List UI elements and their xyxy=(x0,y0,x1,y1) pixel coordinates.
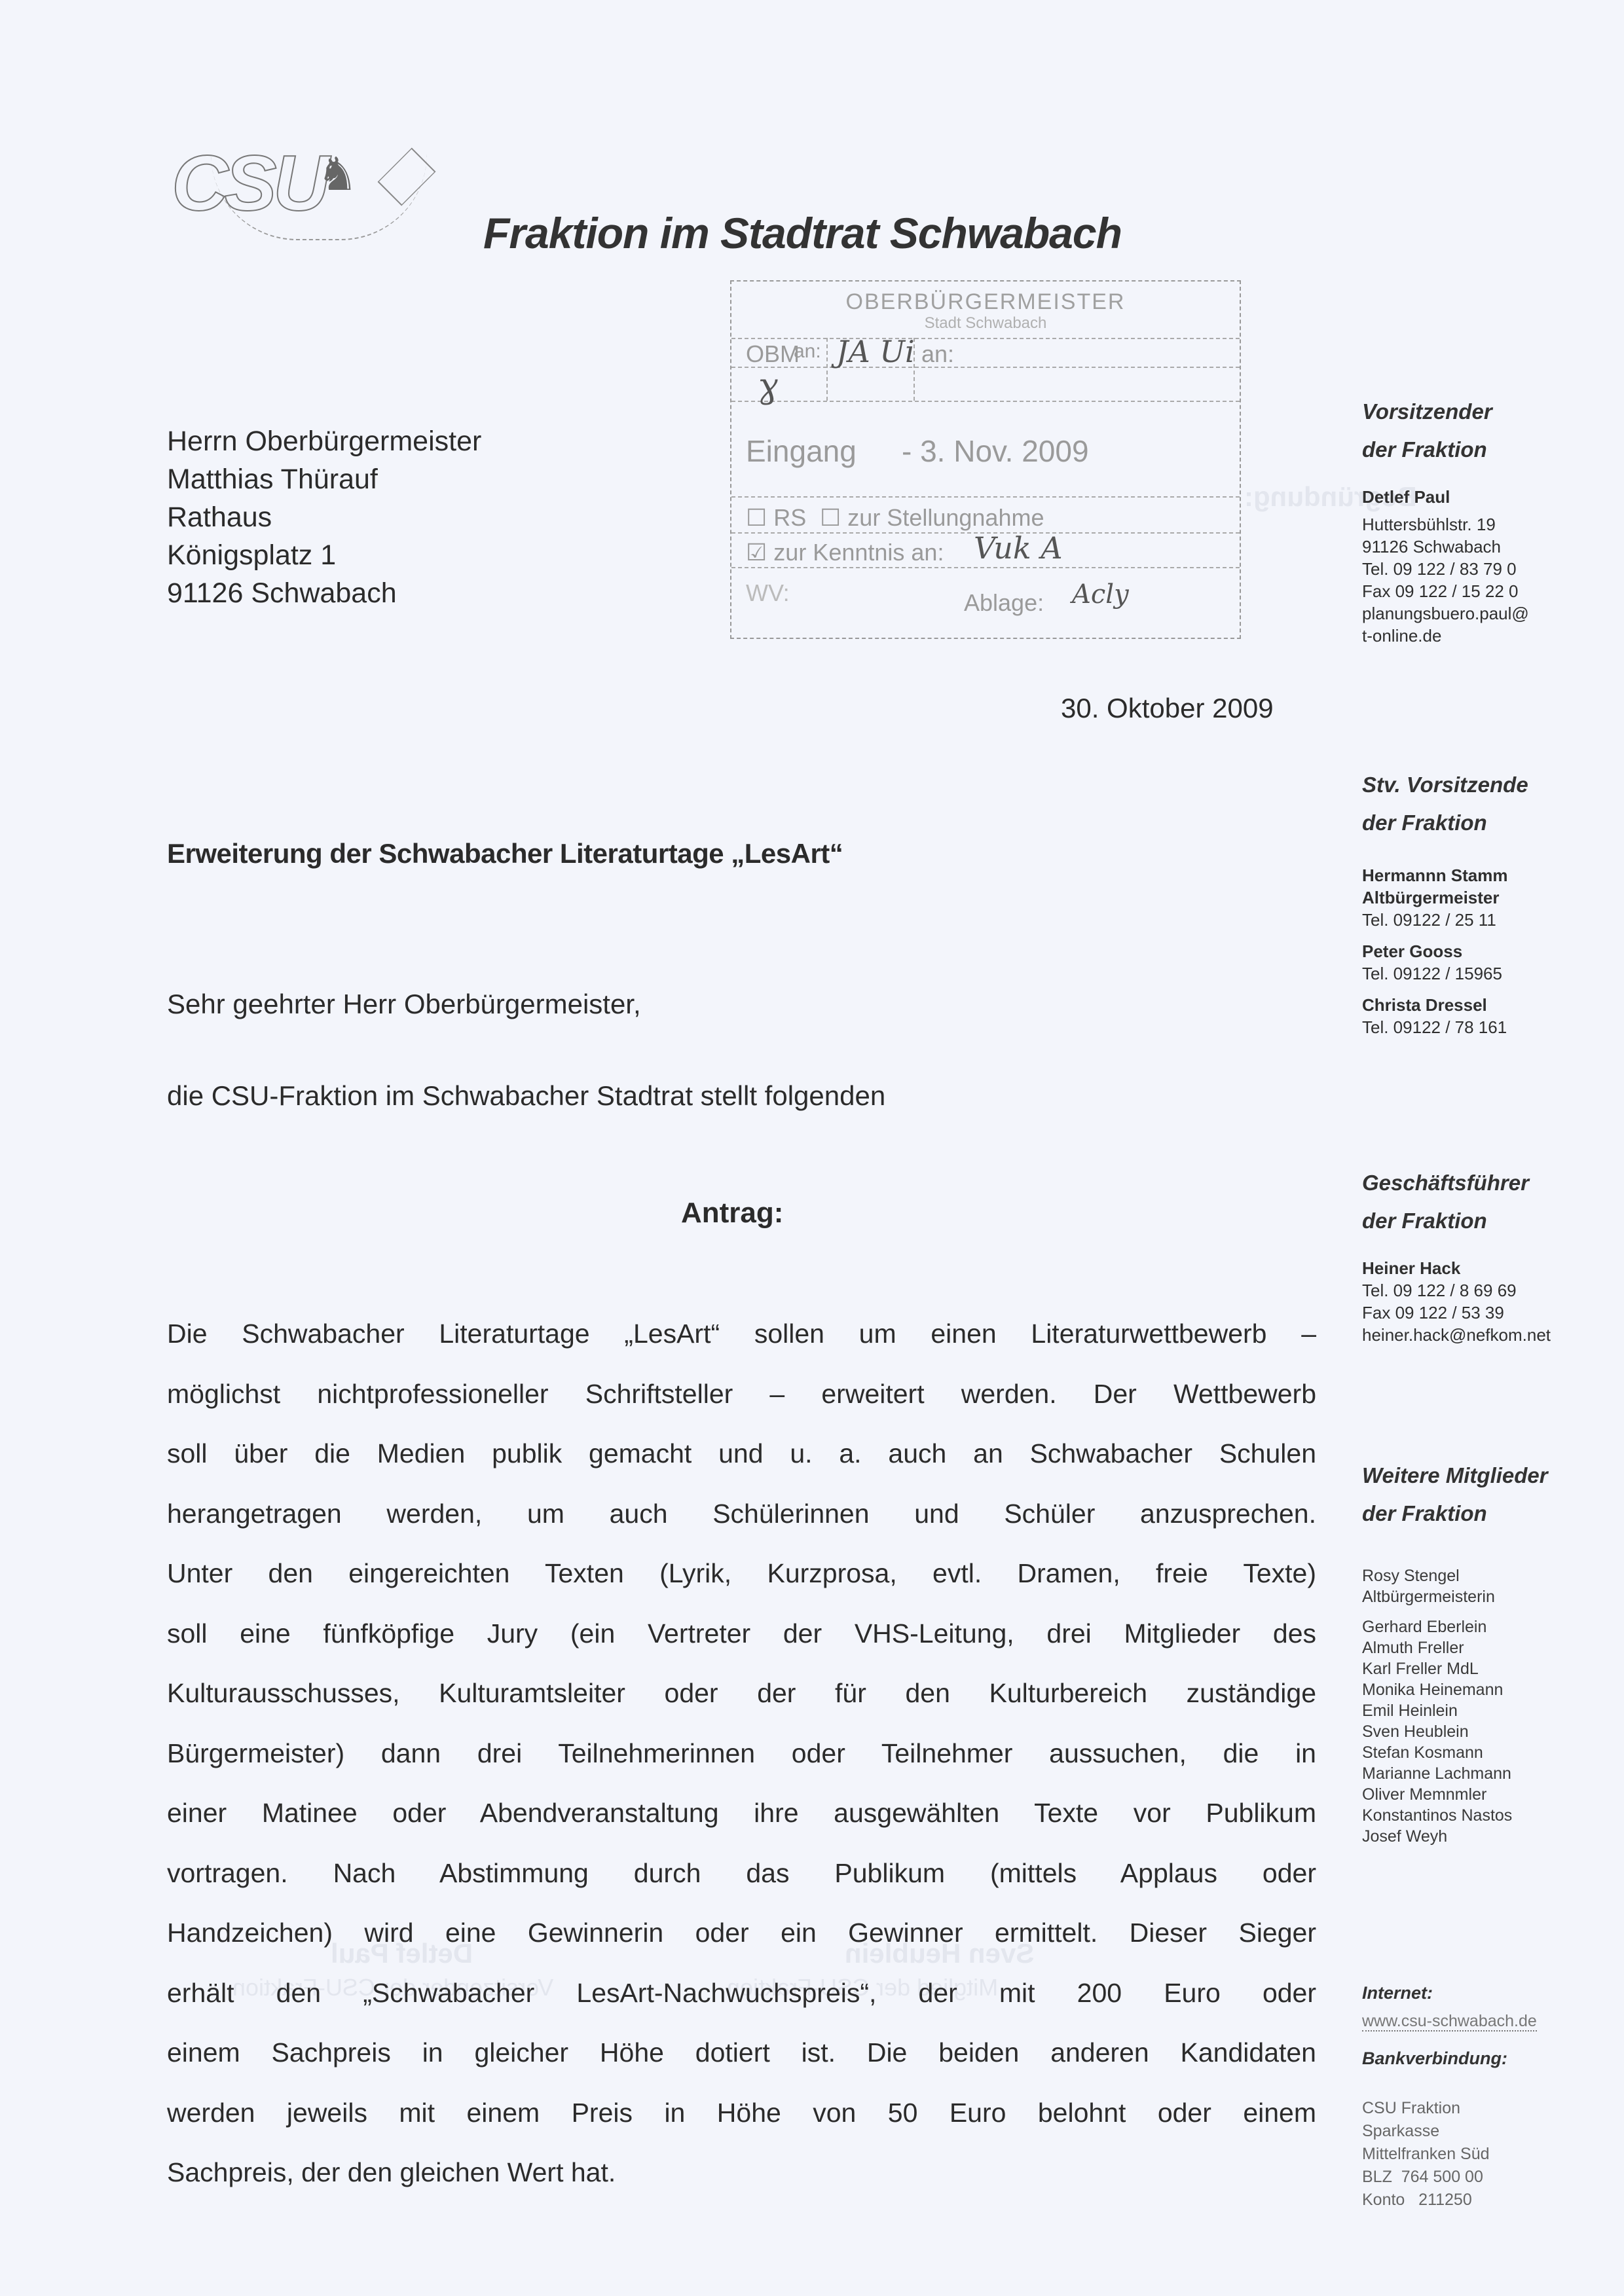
chair-detail: Fax 09 122 / 15 22 0 xyxy=(1362,580,1529,602)
sidebar-bank: Bankverbindung: CSU Fraktion Sparkasse M… xyxy=(1362,2039,1507,2212)
body-line: Handzeichen) wird eine Gewinnerin oder e… xyxy=(167,1903,1316,1963)
member-name: Monika Heinemann xyxy=(1362,1679,1548,1700)
body-line: einer Matinee oder Abendveranstaltung ih… xyxy=(167,1783,1316,1844)
deputy-name: Christa Dressel xyxy=(1362,994,1528,1016)
stamp-city: Stadt Schwabach xyxy=(731,314,1240,333)
member-name: Rosy Stengel xyxy=(1362,1565,1548,1586)
sidebar-heading: Stv. Vorsitzende xyxy=(1362,766,1528,804)
deputy-title: Altbürgermeister xyxy=(1362,886,1528,909)
sidebar-heading: der Fraktion xyxy=(1362,1202,1551,1240)
member-name: Emil Heinlein xyxy=(1362,1700,1548,1721)
body-line: möglichst nichtprofessioneller Schriftst… xyxy=(167,1364,1316,1425)
body-line: Sachpreis, der den gleichen Wert hat. xyxy=(167,2143,1316,2203)
member-name: Oliver Memnmler xyxy=(1362,1784,1548,1805)
sidebar-heading: Vorsitzender xyxy=(1362,393,1529,431)
website-link[interactable]: www.csu-schwabach.de xyxy=(1362,2012,1537,2032)
sidebar-deputies: Stv. Vorsitzende der Fraktion Hermannn S… xyxy=(1362,766,1528,1038)
deputy-tel: Tel. 09122 / 78 161 xyxy=(1362,1016,1528,1038)
sidebar-chair: Vorsitzender der Fraktion Detlef Paul Hu… xyxy=(1362,393,1529,647)
deputy-tel: Tel. 09122 / 25 11 xyxy=(1362,909,1528,931)
subject-line: Erweiterung der Schwabacher Literaturtag… xyxy=(167,838,843,869)
body-line: soll eine fünfköpfige Jury (ein Vertrete… xyxy=(167,1604,1316,1664)
stamp-kenntnis-option: ☑ zur Kenntnis an: xyxy=(746,539,944,566)
stamp-kenntnis-handwriting: Vuk A xyxy=(974,530,1063,566)
sidebar-heading: Internet: xyxy=(1362,1974,1537,2012)
letterhead-title: Fraktion im Stadtrat Schwabach xyxy=(483,208,1122,258)
recipient-line: Matthias Thürauf xyxy=(167,460,481,498)
bank-detail: Sparkasse xyxy=(1362,2120,1507,2143)
sidebar-heading: der Fraktion xyxy=(1362,804,1528,842)
sidebar-heading: der Fraktion xyxy=(1362,1495,1548,1533)
body-line: Kulturausschusses, Kulturamtsleiter oder… xyxy=(167,1664,1316,1724)
stamp-obm-label: OBM xyxy=(746,340,800,368)
chair-email[interactable]: planungsbuero.paul@ xyxy=(1362,602,1529,625)
csu-logo: CSU ♞ xyxy=(172,134,479,246)
sidebar-heading: Geschäftsführer xyxy=(1362,1164,1551,1202)
sidebar-internet: Internet: www.csu-schwabach.de xyxy=(1362,1974,1537,2031)
stamp-stellungnahme-option: ☐ zur Stellungnahme xyxy=(820,504,1044,532)
stamp-an-handwriting: JA Ui xyxy=(836,334,915,369)
motion-body: Die Schwabacher Literaturtage „LesArt“ s… xyxy=(167,1304,1316,2203)
receipt-stamp: OBERBÜRGERMEISTER Stadt Schwabach OBM an… xyxy=(730,280,1241,639)
stamp-eingang-label: Eingang xyxy=(746,433,857,469)
body-line: soll über die Medien publik gemacht und … xyxy=(167,1424,1316,1484)
member-name: Sven Heublein xyxy=(1362,1721,1548,1742)
bank-detail: Konto 211250 xyxy=(1362,2189,1507,2212)
intro-sentence: die CSU-Fraktion im Schwabacher Stadtrat… xyxy=(167,1080,885,1112)
recipient-line: Rathaus xyxy=(167,498,481,536)
deputy-name: Peter Gooss xyxy=(1362,940,1528,962)
manager-detail: Tel. 09 122 / 8 69 69 xyxy=(1362,1279,1551,1302)
chair-name: Detlef Paul xyxy=(1362,486,1529,508)
stamp-ablage-label: Ablage: xyxy=(964,589,1044,617)
logo-text: CSU xyxy=(172,138,325,228)
antrag-heading: Antrag: xyxy=(681,1197,783,1230)
stamp-ablage-handwriting: Acly xyxy=(1072,579,1129,610)
body-line: Die Schwabacher Literaturtage „LesArt“ s… xyxy=(167,1304,1316,1364)
sidebar-heading: Bankverbindung: xyxy=(1362,2039,1507,2077)
body-line: Bürgermeister) dann drei Teilnehmerinnen… xyxy=(167,1724,1316,1784)
member-name: Marianne Lachmann xyxy=(1362,1763,1548,1784)
bank-detail: BLZ 764 500 00 xyxy=(1362,2166,1507,2189)
chair-email[interactable]: t-online.de xyxy=(1362,625,1529,647)
recipient-line: Herrn Oberbürgermeister xyxy=(167,422,481,460)
bank-detail: CSU Fraktion xyxy=(1362,2097,1507,2120)
checkbox-checked-icon: ☑ xyxy=(746,539,767,566)
member-name: Stefan Kosmann xyxy=(1362,1742,1548,1763)
stamp-initial-mark: ɣ xyxy=(758,367,778,406)
chair-detail: 91126 Schwabach xyxy=(1362,536,1529,558)
member-name: Konstantinos Nastos xyxy=(1362,1805,1548,1826)
member-name: Josef Weyh xyxy=(1362,1826,1548,1847)
chair-detail: Huttersbühlstr. 19 xyxy=(1362,513,1529,536)
stamp-rs-option: ☐ RS xyxy=(746,504,806,532)
body-line: herangetragen werden, um auch Schülerinn… xyxy=(167,1484,1316,1544)
recipient-line: Königsplatz 1 xyxy=(167,536,481,574)
stamp-eingang-date: - 3. Nov. 2009 xyxy=(902,433,1089,469)
manager-email[interactable]: heiner.hack@nefkom.net xyxy=(1362,1324,1551,1346)
manager-detail: Fax 09 122 / 53 39 xyxy=(1362,1302,1551,1324)
deputy-tel: Tel. 09122 / 15965 xyxy=(1362,962,1528,985)
member-name: Almuth Freller xyxy=(1362,1637,1548,1658)
sidebar-heading: der Fraktion xyxy=(1362,431,1529,469)
recipient-line: 91126 Schwabach xyxy=(167,574,481,612)
deputy-name: Hermannn Stamm xyxy=(1362,864,1528,886)
member-name: Karl Freller MdL xyxy=(1362,1658,1548,1679)
member-name: Gerhard Eberlein xyxy=(1362,1616,1548,1637)
body-line: vortragen. Nach Abstimmung durch das Pub… xyxy=(167,1844,1316,1904)
member-title: Altbürgermeisterin xyxy=(1362,1586,1548,1607)
sidebar-heading: Weitere Mitglieder xyxy=(1362,1457,1548,1495)
recipient-address: Herrn Oberbürgermeister Matthias Thürauf… xyxy=(167,422,481,612)
body-line: werden jeweils mit einem Preis in Höhe v… xyxy=(167,2083,1316,2143)
manager-name: Heiner Hack xyxy=(1362,1257,1551,1279)
chair-detail: Tel. 09 122 / 83 79 0 xyxy=(1362,558,1529,580)
checkbox-empty-icon: ☐ xyxy=(820,504,841,531)
stamp-an-label-2: an: xyxy=(921,340,954,368)
stamp-wv-label: WV: xyxy=(746,579,790,607)
body-line: einem Sachpreis in gleicher Höhe dotiert… xyxy=(167,2023,1316,2083)
lion-icon: ♞ xyxy=(317,147,358,201)
body-line: erhält den „Schwabacher LesArt-Nachwuchs… xyxy=(167,1963,1316,2024)
sidebar-manager: Geschäftsführer der Fraktion Heiner Hack… xyxy=(1362,1164,1551,1346)
checkbox-empty-icon: ☐ xyxy=(746,504,767,531)
stamp-office: OBERBÜRGERMEISTER xyxy=(731,289,1240,315)
letter-date: 30. Oktober 2009 xyxy=(1061,693,1274,724)
bank-detail: Mittelfranken Süd xyxy=(1362,2143,1507,2166)
body-line: Unter den eingereichten Texten (Lyrik, K… xyxy=(167,1544,1316,1604)
salutation: Sehr geehrter Herr Oberbürgermeister, xyxy=(167,989,641,1020)
stamp-an-label-1: an: xyxy=(794,340,821,363)
sidebar-members: Weitere Mitglieder der Fraktion Rosy Ste… xyxy=(1362,1457,1548,1847)
